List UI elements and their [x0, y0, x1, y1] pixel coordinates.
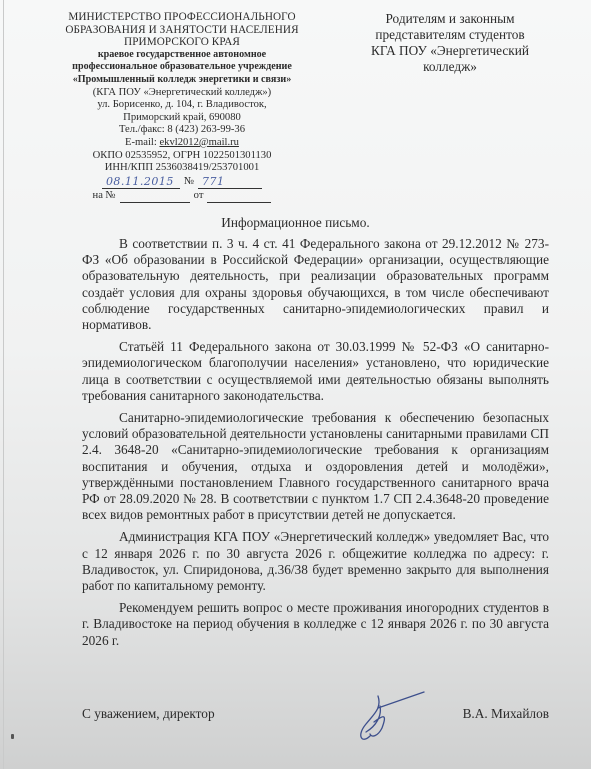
- inn-kpp: ИНН/КПП 2536038419/253701001: [62, 162, 302, 175]
- reference-line: на № от: [62, 190, 302, 203]
- email-label: E-mail:: [125, 137, 159, 148]
- letterhead: МИНИСТЕРСТВО ПРОФЕССИОНАЛЬНОГО ОБРАЗОВАН…: [62, 11, 302, 203]
- email-link[interactable]: ekvl2012@mail.ru: [159, 137, 238, 148]
- closing-salutation: С уважением, директор: [82, 706, 215, 722]
- org-line-2: профессиональное образовательное учрежде…: [62, 61, 302, 74]
- reg-no-label: №: [184, 176, 194, 189]
- paragraph-1: В соответствии п. 3 ч. 4 ст. 41 Федераль…: [82, 236, 549, 333]
- ref-label: на №: [93, 190, 116, 203]
- reg-date-field: 08.11.2015: [102, 176, 180, 189]
- addressee-block: Родителям и законным представителям студ…: [360, 11, 540, 75]
- scan-edge: [3, 0, 4, 769]
- addressee-line-1: Родителям и законным: [360, 11, 540, 27]
- ref-no-field: [120, 190, 190, 203]
- paragraph-2: Статьёй 11 Федерального закона от 30.03.…: [82, 339, 549, 404]
- paragraph-3: Санитарно-эпидемиологические требования …: [82, 410, 549, 523]
- addressee-line-3: КГА ПОУ «Энергетический: [360, 43, 540, 59]
- phone: Тел./факс: 8 (423) 263-99-36: [62, 124, 302, 137]
- reg-no: 771: [202, 176, 225, 189]
- paragraph-5: Рекомендуем решить вопрос о месте прожив…: [82, 600, 549, 649]
- document-title: Информационное письмо.: [0, 215, 591, 231]
- okpo-ogrn: ОКПО 02535952, ОГРН 1022501301130: [62, 150, 302, 163]
- signatory-name: В.А. Михайлов: [463, 706, 549, 722]
- org-short-name: (КГА ПОУ «Энергетический колледж»): [62, 87, 302, 100]
- signature-icon: [342, 686, 432, 746]
- ref-date-field: [207, 190, 271, 203]
- ref-from-label: от: [194, 190, 204, 203]
- address-line-2: Приморский край, 690080: [62, 112, 302, 125]
- ministry-line-2: ОБРАЗОВАНИЯ И ЗАНЯТОСТИ НАСЕЛЕНИЯ: [62, 24, 302, 37]
- reg-date: 08.11.2015: [106, 176, 174, 189]
- registration-line: 08.11.2015 № 771: [62, 176, 302, 189]
- ministry-line-1: МИНИСТЕРСТВО ПРОФЕССИОНАЛЬНОГО: [62, 11, 302, 24]
- address-line-1: ул. Борисенко, д. 104, г. Владивосток,: [62, 99, 302, 112]
- reg-no-field: 771: [198, 176, 262, 189]
- paragraph-4: Администрация КГА ПОУ «Энергетический ко…: [82, 529, 549, 594]
- org-line-1: краевое государственное автономное: [62, 49, 302, 62]
- addressee-line-2: представителям студентов: [360, 27, 540, 43]
- org-line-3: «Промышленный колледж энергетики и связи…: [62, 74, 302, 87]
- addressee-line-4: колледж»: [360, 59, 540, 75]
- email-line: E-mail: ekvl2012@mail.ru: [62, 137, 302, 150]
- ministry-line-3: ПРИМОРСКОГО КРАЯ: [62, 36, 302, 49]
- letter-body: В соответствии п. 3 ч. 4 ст. 41 Федераль…: [82, 236, 549, 655]
- scan-artifact: [11, 734, 14, 739]
